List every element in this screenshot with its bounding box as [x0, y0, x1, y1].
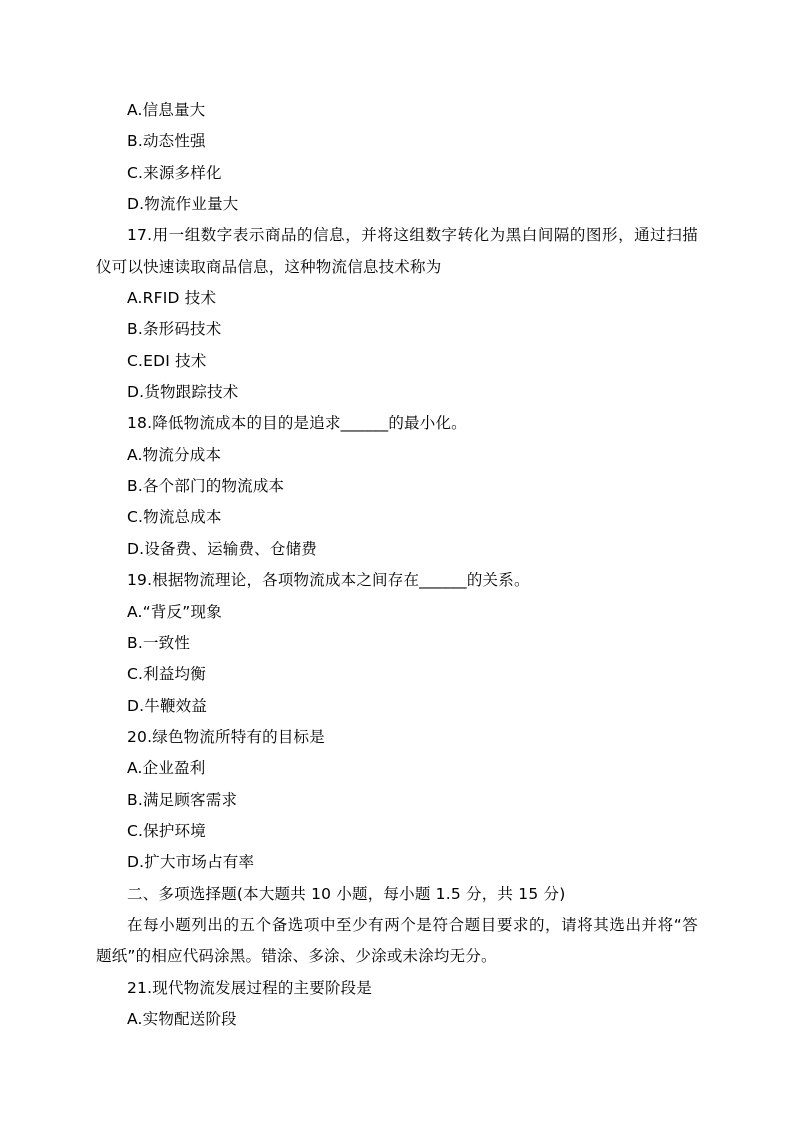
option-line: A.物流分成本 — [96, 440, 698, 471]
question-text: 18.降低物流成本的目的是追求______的最小化。 — [96, 408, 698, 439]
option-line: C.利益均衡 — [96, 659, 698, 690]
option-line: D.设备费、运输费、仓储费 — [96, 534, 698, 565]
option-line: A.信息量大 — [96, 95, 698, 126]
option-line: B.条形码技术 — [96, 314, 698, 345]
question-text: 21.现代物流发展过程的主要阶段是 — [96, 973, 698, 1004]
option-line: C.保护环境 — [96, 816, 698, 847]
option-line: B.各个部门的物流成本 — [96, 471, 698, 502]
option-line: A.实物配送阶段 — [96, 1004, 698, 1035]
option-line: B.动态性强 — [96, 126, 698, 157]
question-text: 20.绿色物流所特有的目标是 — [96, 722, 698, 753]
option-line: D.牛鞭效益 — [96, 691, 698, 722]
option-line: A.“背反”现象 — [96, 597, 698, 628]
question-text: 17.用一组数字表示商品的信息，并将这组数字转化为黑白间隔的图形，通过扫描仪可以… — [96, 220, 698, 283]
option-line: C.EDI 技术 — [96, 346, 698, 377]
question-text: 19.根据物流理论，各项物流成本之间存在______的关系。 — [96, 565, 698, 596]
document-content: A.信息量大 B.动态性强 C.来源多样化 D.物流作业量大 17.用一组数字表… — [96, 95, 698, 1035]
option-line: D.货物跟踪技术 — [96, 377, 698, 408]
option-line: A.RFID 技术 — [96, 283, 698, 314]
exam-document-page: A.信息量大 B.动态性强 C.来源多样化 D.物流作业量大 17.用一组数字表… — [0, 0, 794, 1123]
option-line: D.物流作业量大 — [96, 189, 698, 220]
option-line: B.一致性 — [96, 628, 698, 659]
section-instructions: 在每小题列出的五个备选项中至少有两个是符合题目要求的，请将其选出并将“答题纸”的… — [96, 910, 698, 973]
section-heading: 二、多项选择题(本大题共 10 小题，每小题 1.5 分，共 15 分) — [96, 879, 698, 910]
option-line: B.满足顾客需求 — [96, 785, 698, 816]
option-line: A.企业盈利 — [96, 753, 698, 784]
option-line: D.扩大市场占有率 — [96, 847, 698, 878]
option-line: C.来源多样化 — [96, 158, 698, 189]
option-line: C.物流总成本 — [96, 502, 698, 533]
